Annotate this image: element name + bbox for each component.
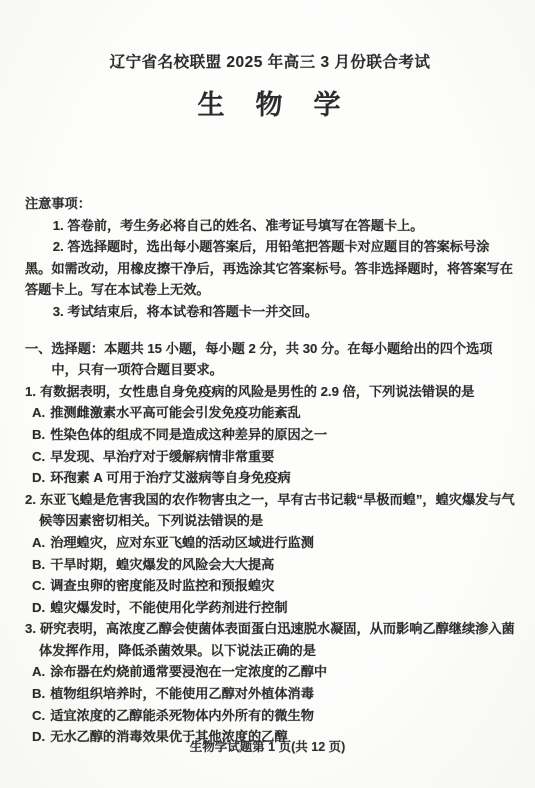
option-row-c: C.适宜浓度的乙醇能杀死物体内外所有的微生物 <box>25 705 515 727</box>
option-label: C. <box>32 449 45 464</box>
option-row-a: A.治理蝗灾，应对东亚飞蝗的活动区域进行监测 <box>25 532 515 554</box>
notice-item-1: 1. 答卷前，考生务必将自己的姓名、准考证号填写在答题卡上。 <box>25 215 515 237</box>
option-row-c: C.早发现、早治疗对于缓解病情非常重要 <box>25 446 515 468</box>
option-label: B. <box>32 557 45 572</box>
question-stem: 2.东亚飞蝗是危害我国的农作物害虫之一，早有古书记载“旱极而蝗”，蝗灾爆发与气候… <box>25 489 515 532</box>
option-text: 调查虫卵的密度能及时监控和预报蝗灾 <box>50 578 274 593</box>
option-text: 植物组织培养时，不能使用乙醇对外植体消毒 <box>50 686 314 701</box>
option-row-b: B.性染色体的组成不同是造成这种差异的原因之一 <box>25 424 515 446</box>
option-text: 性染色体的组成不同是造成这种差异的原因之一 <box>50 427 327 442</box>
question-2: 2.东亚飞蝗是危害我国的农作物害虫之一，早有古书记载“旱极而蝗”，蝗灾爆发与气候… <box>25 489 515 619</box>
option-label: B. <box>32 686 45 701</box>
notice-item-2: 2. 答选择题时，选出每小题答案后，用铅笔把答题卡对应题目的答案标号涂黑。如需改… <box>25 236 515 301</box>
option-row-b: B.植物组织培养时，不能使用乙醇对外植体消毒 <box>25 683 515 705</box>
option-row-a: A.推测雌激素水平高可能会引发免疫功能紊乱 <box>25 402 515 424</box>
option-label: C. <box>32 708 45 723</box>
question-stem: 3.研究表明，高浓度乙醇会使菌体表面蛋白迅速脱水凝固，从而影响乙醇继续渗入菌体发… <box>25 618 515 661</box>
option-text: 涂布器在灼烧前通常要浸泡在一定浓度的乙醇中 <box>50 664 327 679</box>
option-text: 蝗灾爆发时，不能使用化学药剂进行控制 <box>50 600 287 615</box>
notice-header: 注意事项： <box>25 193 515 215</box>
option-row-a: A.涂布器在灼烧前通常要浸泡在一定浓度的乙醇中 <box>25 661 515 683</box>
option-label: B. <box>32 427 45 442</box>
section-one-header: 一、选择题：本题共 15 小题，每小题 2 分，共 30 分。在每小题给出的四个… <box>25 338 515 381</box>
question-stem-text: 有数据表明，女性患自身免疫病的风险是男性的 2.9 倍，下列说法错误的是 <box>40 384 474 399</box>
question-number: 1. <box>25 384 36 399</box>
exam-paper-page: 辽宁省名校联盟 2025 年高三 3 月份联合考试 生 物 学 注意事项： 1.… <box>0 0 535 788</box>
question-1: 1.有数据表明，女性患自身免疫病的风险是男性的 2.9 倍，下列说法错误的是 A… <box>25 381 515 489</box>
question-stem-text: 研究表明，高浓度乙醇会使菌体表面蛋白迅速脱水凝固，从而影响乙醇继续渗入菌体发挥作… <box>39 621 515 658</box>
option-text: 推测雌激素水平高可能会引发免疫功能紊乱 <box>50 405 301 420</box>
option-text: 环孢素 A 可用于治疗艾滋病等自身免疫病 <box>50 470 291 485</box>
option-row-d: D.环孢素 A 可用于治疗艾滋病等自身免疫病 <box>25 467 515 489</box>
option-label: C. <box>32 578 45 593</box>
option-label: A. <box>32 664 45 679</box>
question-3: 3.研究表明，高浓度乙醇会使菌体表面蛋白迅速脱水凝固，从而影响乙醇继续渗入菌体发… <box>25 618 515 748</box>
question-number: 3. <box>25 621 36 636</box>
option-label: A. <box>32 535 45 550</box>
page-footer: 生物学试题第 1 页(共 12 页) <box>0 737 535 755</box>
option-label: D. <box>32 600 45 615</box>
notice-section: 注意事项： 1. 答卷前，考生务必将自己的姓名、准考证号填写在答题卡上。 2. … <box>25 193 515 323</box>
option-row-c: C.调查虫卵的密度能及时监控和预报蝗灾 <box>25 575 515 597</box>
option-row-b: B.干旱时期，蝗灾爆发的风险会大大提高 <box>25 554 515 576</box>
question-stem: 1.有数据表明，女性患自身免疫病的风险是男性的 2.9 倍，下列说法错误的是 <box>25 381 515 403</box>
option-text: 治理蝗灾，应对东亚飞蝗的活动区域进行监测 <box>50 535 314 550</box>
subject-title: 生 物 学 <box>25 83 515 122</box>
option-text: 干旱时期，蝗灾爆发的风险会大大提高 <box>50 557 274 572</box>
option-text: 适宜浓度的乙醇能杀死物体内外所有的微生物 <box>50 708 314 723</box>
option-row-d: D.蝗灾爆发时，不能使用化学药剂进行控制 <box>25 597 515 619</box>
question-number: 2. <box>25 492 36 507</box>
page-content: 辽宁省名校联盟 2025 年高三 3 月份联合考试 生 物 学 注意事项： 1.… <box>25 0 515 748</box>
option-text: 早发现、早治疗对于缓解病情非常重要 <box>50 449 274 464</box>
exam-title: 辽宁省名校联盟 2025 年高三 3 月份联合考试 <box>25 50 515 72</box>
option-label: D. <box>32 470 45 485</box>
notice-item-3: 3. 考试结束后，将本试卷和答题卡一并交回。 <box>25 301 515 323</box>
question-stem-text: 东亚飞蝗是危害我国的农作物害虫之一，早有古书记载“旱极而蝗”，蝗灾爆发与气候等因… <box>39 492 515 529</box>
option-label: A. <box>32 405 45 420</box>
